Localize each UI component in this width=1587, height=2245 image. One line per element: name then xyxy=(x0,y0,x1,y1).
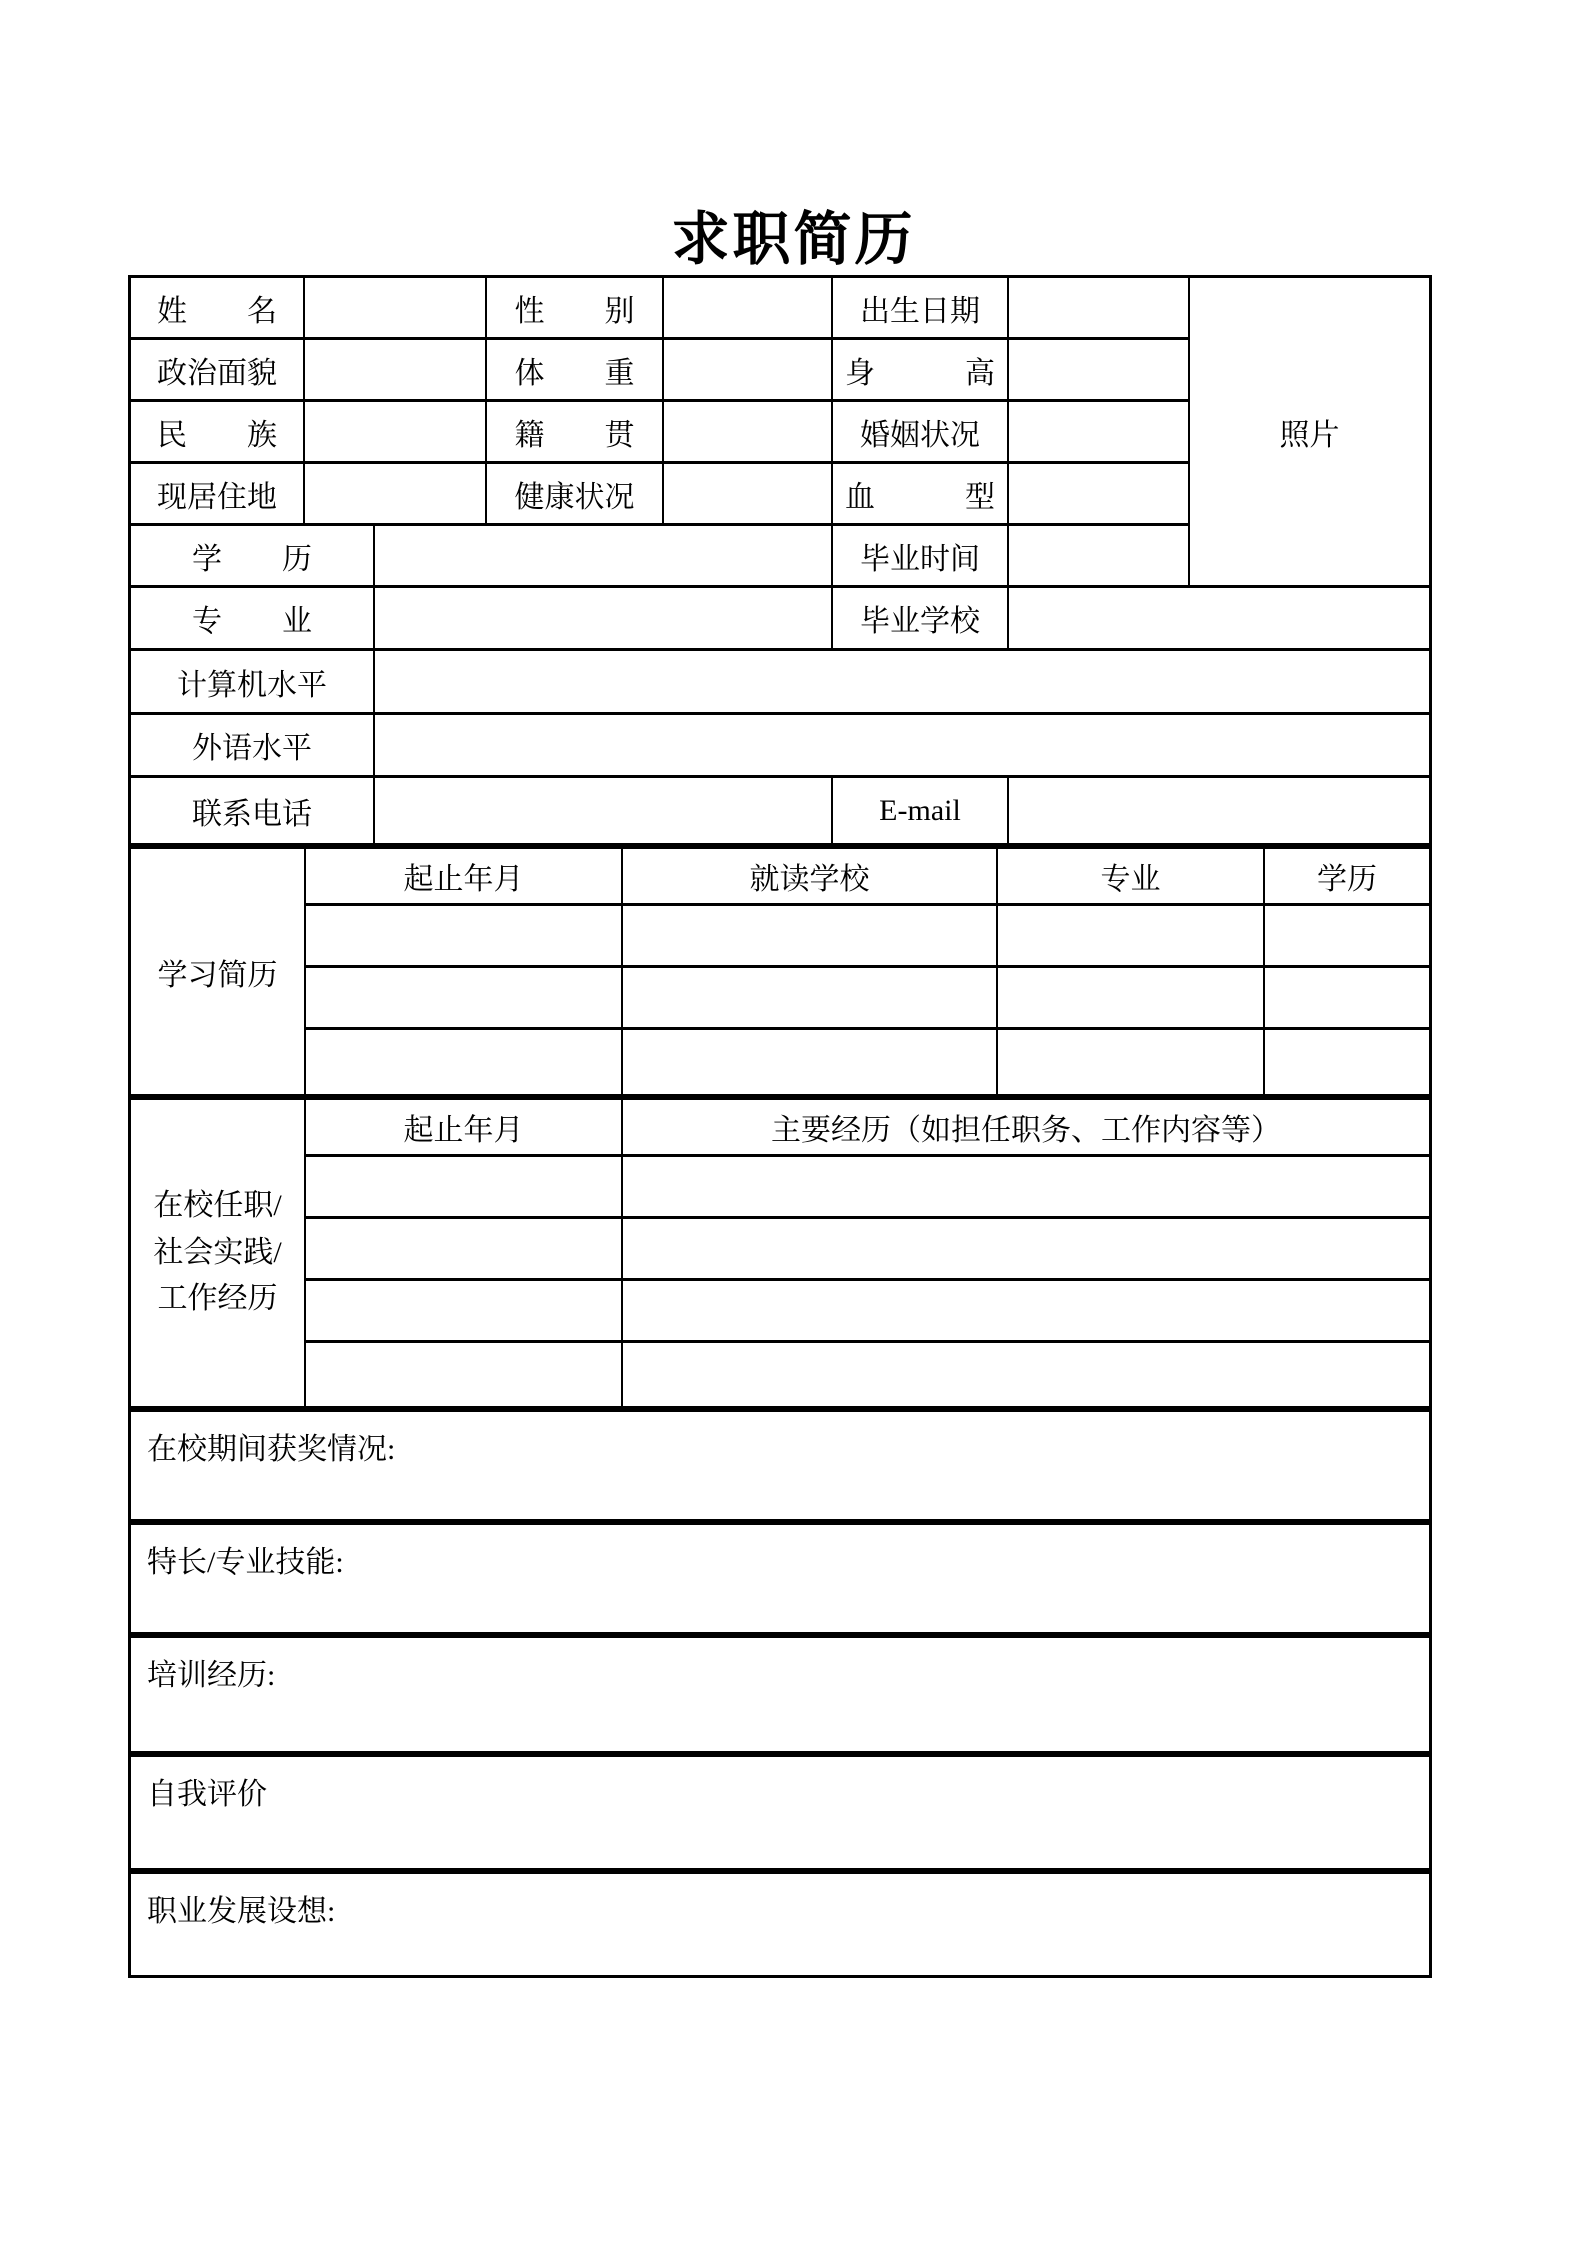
edu-row-major-cell[interactable] xyxy=(998,906,1265,968)
exp-header-period: 起止年月 xyxy=(306,1100,623,1157)
major-value-cell[interactable] xyxy=(375,588,833,651)
height-label: 身 高 xyxy=(833,340,1009,402)
health-value-cell[interactable] xyxy=(664,464,833,526)
edu-row-degree-cell[interactable] xyxy=(1265,968,1429,1030)
name-label: 姓 名 xyxy=(131,278,305,340)
self-evaluation-section[interactable]: 自我评价 xyxy=(131,1757,1429,1874)
career-plan-section[interactable]: 职业发展设想: xyxy=(131,1874,1429,1975)
resume-document-page: 求职简历 姓 名 性 别 出生日期 照片 政治面貌 体 重 身 高 民 族 籍 … xyxy=(0,0,1587,2245)
awards-section-label: 在校期间获奖情况: xyxy=(147,1433,395,1466)
education-history-section-label: 学习简历 xyxy=(131,849,306,1094)
blood-type-label: 血 型 xyxy=(833,464,1009,526)
personal-info-section: 姓 名 性 别 出生日期 照片 政治面貌 体 重 身 高 民 族 籍 贯 婚姻状… xyxy=(131,278,1429,849)
edu-row-period-cell[interactable] xyxy=(306,1030,623,1094)
education-level-label: 学 历 xyxy=(131,526,375,588)
political-status-label: 政治面貌 xyxy=(131,340,305,402)
resume-table: 姓 名 性 别 出生日期 照片 政治面貌 体 重 身 高 民 族 籍 贯 婚姻状… xyxy=(128,275,1432,1978)
edu-header-period: 起止年月 xyxy=(306,849,623,906)
political-status-value-cell[interactable] xyxy=(305,340,487,402)
exp-row-period-cell[interactable] xyxy=(306,1219,623,1281)
marital-status-label: 婚姻状况 xyxy=(833,402,1009,464)
phone-label: 联系电话 xyxy=(131,778,375,843)
phone-value-cell[interactable] xyxy=(375,778,833,843)
residence-label: 现居住地 xyxy=(131,464,305,526)
ethnicity-label: 民 族 xyxy=(131,402,305,464)
edu-row-degree-cell[interactable] xyxy=(1265,1030,1429,1094)
foreign-language-value-cell[interactable] xyxy=(375,715,1429,778)
career-plan-section-label: 职业发展设想: xyxy=(147,1895,335,1928)
edu-row-period-cell[interactable] xyxy=(306,968,623,1030)
exp-row-period-cell[interactable] xyxy=(306,1343,623,1406)
native-place-label: 籍 贯 xyxy=(487,402,664,464)
exp-row-description-cell[interactable] xyxy=(623,1343,1429,1406)
email-value-cell[interactable] xyxy=(1009,778,1429,843)
email-label: E-mail xyxy=(833,778,1009,843)
document-title: 求职简历 xyxy=(0,208,1587,272)
gender-value-cell[interactable] xyxy=(664,278,833,340)
training-section-label: 培训经历: xyxy=(147,1659,275,1692)
experience-section: 在校任职/ 社会实践/ 工作经历 起止年月 主要经历（如担任职务、工作内容等） xyxy=(131,1100,1429,1412)
graduation-time-value-cell[interactable] xyxy=(1009,526,1190,588)
awards-section[interactable]: 在校期间获奖情况: xyxy=(131,1412,1429,1525)
edu-row-school-cell[interactable] xyxy=(623,968,998,1030)
edu-row-school-cell[interactable] xyxy=(623,906,998,968)
native-place-value-cell[interactable] xyxy=(664,402,833,464)
weight-label: 体 重 xyxy=(487,340,664,402)
health-label: 健康状况 xyxy=(487,464,664,526)
computer-skill-label: 计算机水平 xyxy=(131,651,375,715)
computer-skill-value-cell[interactable] xyxy=(375,651,1429,715)
residence-value-cell[interactable] xyxy=(305,464,487,526)
exp-row-description-cell[interactable] xyxy=(623,1281,1429,1343)
edu-row-major-cell[interactable] xyxy=(998,1030,1265,1094)
edu-row-major-cell[interactable] xyxy=(998,968,1265,1030)
education-history-section: 学习简历 起止年月 就读学校 专业 学历 xyxy=(131,849,1429,1100)
skills-section-label: 特长/专业技能: xyxy=(147,1546,344,1579)
major-label: 专 业 xyxy=(131,588,375,651)
training-section[interactable]: 培训经历: xyxy=(131,1638,1429,1757)
birth-date-value-cell[interactable] xyxy=(1009,278,1190,340)
exp-header-description: 主要经历（如担任职务、工作内容等） xyxy=(623,1100,1429,1157)
gender-label: 性 别 xyxy=(487,278,664,340)
name-value-cell[interactable] xyxy=(305,278,487,340)
height-value-cell[interactable] xyxy=(1009,340,1190,402)
blood-type-value-cell[interactable] xyxy=(1009,464,1190,526)
birth-date-label: 出生日期 xyxy=(833,278,1009,340)
graduation-school-value-cell[interactable] xyxy=(1009,588,1429,651)
graduation-school-label: 毕业学校 xyxy=(833,588,1009,651)
experience-section-label: 在校任职/ 社会实践/ 工作经历 xyxy=(131,1100,306,1406)
graduation-time-label: 毕业时间 xyxy=(833,526,1009,588)
education-level-value-cell[interactable] xyxy=(375,526,833,588)
marital-status-value-cell[interactable] xyxy=(1009,402,1190,464)
weight-value-cell[interactable] xyxy=(664,340,833,402)
photo-cell[interactable]: 照片 xyxy=(1190,278,1429,588)
exp-row-description-cell[interactable] xyxy=(623,1157,1429,1219)
self-evaluation-section-label: 自我评价 xyxy=(147,1778,267,1811)
exp-row-period-cell[interactable] xyxy=(306,1157,623,1219)
edu-header-degree: 学历 xyxy=(1265,849,1429,906)
edu-header-school: 就读学校 xyxy=(623,849,998,906)
exp-row-description-cell[interactable] xyxy=(623,1219,1429,1281)
edu-row-period-cell[interactable] xyxy=(306,906,623,968)
ethnicity-value-cell[interactable] xyxy=(305,402,487,464)
edu-row-degree-cell[interactable] xyxy=(1265,906,1429,968)
edu-header-major: 专业 xyxy=(998,849,1265,906)
foreign-language-label: 外语水平 xyxy=(131,715,375,778)
edu-row-school-cell[interactable] xyxy=(623,1030,998,1094)
skills-section[interactable]: 特长/专业技能: xyxy=(131,1525,1429,1638)
exp-row-period-cell[interactable] xyxy=(306,1281,623,1343)
